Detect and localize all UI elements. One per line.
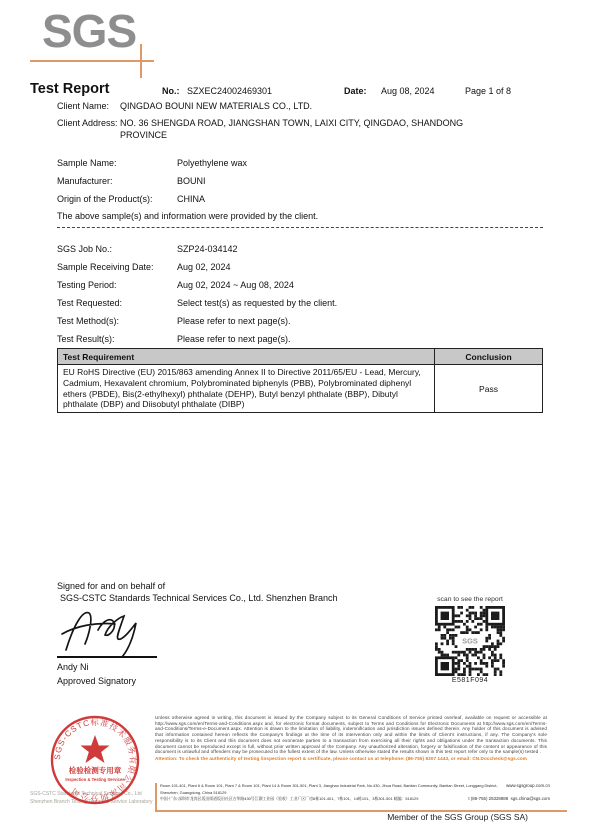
sample-name-value: Polyethylene wax bbox=[177, 157, 247, 169]
receiving-date-label: Sample Receiving Date: bbox=[57, 261, 154, 273]
col-conclusion: Conclusion bbox=[435, 349, 543, 365]
qr-caption: scan to see the report bbox=[425, 596, 515, 603]
manufacturer-value: BOUNI bbox=[177, 175, 206, 187]
origin-label: Origin of the Product(s): bbox=[57, 193, 153, 205]
disclaimer-text: Unless otherwise agreed in writing, this… bbox=[155, 715, 547, 755]
test-result-label: Test Result(s): bbox=[57, 333, 115, 345]
sgs-logo: SGS bbox=[42, 8, 136, 54]
address-cn: 中国·广东·深圳市龙岗区坂田街道坂田社区吉华路430号江灏工业园（验收）工业厂区… bbox=[160, 796, 462, 803]
table-row: EU RoHS Directive (EU) 2015/863 amending… bbox=[58, 365, 543, 413]
logo-vertical-rule bbox=[140, 44, 142, 78]
dashed-separator bbox=[57, 227, 543, 228]
stamp-star-icon bbox=[81, 735, 110, 763]
sample-name-label: Sample Name: bbox=[57, 157, 117, 169]
client-address-label: Client Address: bbox=[57, 117, 118, 129]
page-number: Page 1 of 8 bbox=[465, 85, 511, 97]
manufacturer-label: Manufacturer: bbox=[57, 175, 113, 187]
footer-fine-print: Unless otherwise agreed in writing, this… bbox=[155, 715, 547, 762]
requirement-cell: EU RoHS Directive (EU) 2015/863 amending… bbox=[58, 365, 435, 413]
footer-address-block: Room 101-401, Plant 6 & Room 101, Plant … bbox=[160, 783, 550, 803]
sgs-job-no-label: SGS Job No.: bbox=[57, 243, 112, 255]
test-requested-value: Select test(s) as requested by the clien… bbox=[177, 297, 337, 309]
client-name-value: QINGDAO BOUNI NEW MATERIALS CO., LTD. bbox=[120, 100, 312, 112]
client-address-value: NO. 36 SHENGDA ROAD, JIANGSHAN TOWN, LAI… bbox=[120, 117, 490, 141]
test-report-page: SGS Test Report No.: SZXEC24002469301 Da… bbox=[0, 0, 600, 840]
testing-period-label: Testing Period: bbox=[57, 279, 117, 291]
sgs-job-no-value: SZP24-034142 bbox=[177, 243, 238, 255]
svg-text:检验检测专用章: 检验检测专用章 bbox=[69, 765, 122, 775]
signer-title: Approved Signatory bbox=[57, 675, 136, 687]
footer-vertical-rule bbox=[155, 783, 157, 810]
signer-name: Andy Ni bbox=[57, 661, 89, 673]
attention-text: Attention: To check the authenticity of … bbox=[155, 756, 547, 762]
inspection-stamp: SGS-CSTC标准技术服务有限公司深圳分公司 检验检测专用章 Inspecti… bbox=[40, 705, 150, 815]
test-method-label: Test Method(s): bbox=[57, 315, 119, 327]
address-en: Room 101-401, Plant 6 & Room 101, Plant … bbox=[160, 783, 500, 796]
member-line: Member of the SGS Group (SGS SA) bbox=[300, 812, 528, 822]
report-date-value: Aug 08, 2024 bbox=[381, 85, 435, 97]
col-test-requirement: Test Requirement bbox=[58, 349, 435, 365]
test-requested-label: Test Requested: bbox=[57, 297, 122, 309]
client-name-label: Client Name: bbox=[57, 100, 109, 112]
website-text: www.sgsgroup.com.cn bbox=[506, 783, 550, 796]
conclusion-cell: Pass bbox=[435, 365, 543, 413]
report-no-value: SZXEC24002469301 bbox=[187, 85, 272, 97]
provided-note: The above sample(s) and information were… bbox=[57, 210, 318, 222]
report-no-label: No.: bbox=[162, 85, 180, 97]
svg-text:Inspection & Testing Services: Inspection & Testing Services bbox=[65, 777, 125, 782]
test-method-value: Please refer to next page(s). bbox=[177, 315, 291, 327]
email-text: sgs.china@sgs.com bbox=[511, 796, 550, 801]
handwritten-signature bbox=[60, 604, 172, 658]
report-date-label: Date: bbox=[344, 85, 367, 97]
origin-value: CHINA bbox=[177, 193, 205, 205]
signed-for-line: Signed for and on behalf of bbox=[57, 580, 165, 592]
signature-rule bbox=[57, 656, 157, 658]
qr-code: SGS bbox=[435, 606, 505, 676]
test-result-value: Please refer to next page(s). bbox=[177, 333, 291, 345]
testing-period-value: Aug 02, 2024 ~ Aug 08, 2024 bbox=[177, 279, 294, 291]
qr-code-text: E581F094 bbox=[425, 677, 515, 684]
receiving-date-value: Aug 02, 2024 bbox=[177, 261, 231, 273]
page-title: Test Report bbox=[30, 81, 110, 97]
conclusion-table: Test Requirement Conclusion EU RoHS Dire… bbox=[57, 348, 543, 413]
phone-text: t (86-755) 25328888 bbox=[468, 796, 508, 801]
logo-horizontal-rule bbox=[30, 60, 154, 62]
signing-company: SGS-CSTC Standards Technical Services Co… bbox=[60, 592, 337, 604]
table-header-row: Test Requirement Conclusion bbox=[58, 349, 543, 365]
svg-text:SGS: SGS bbox=[462, 637, 478, 646]
